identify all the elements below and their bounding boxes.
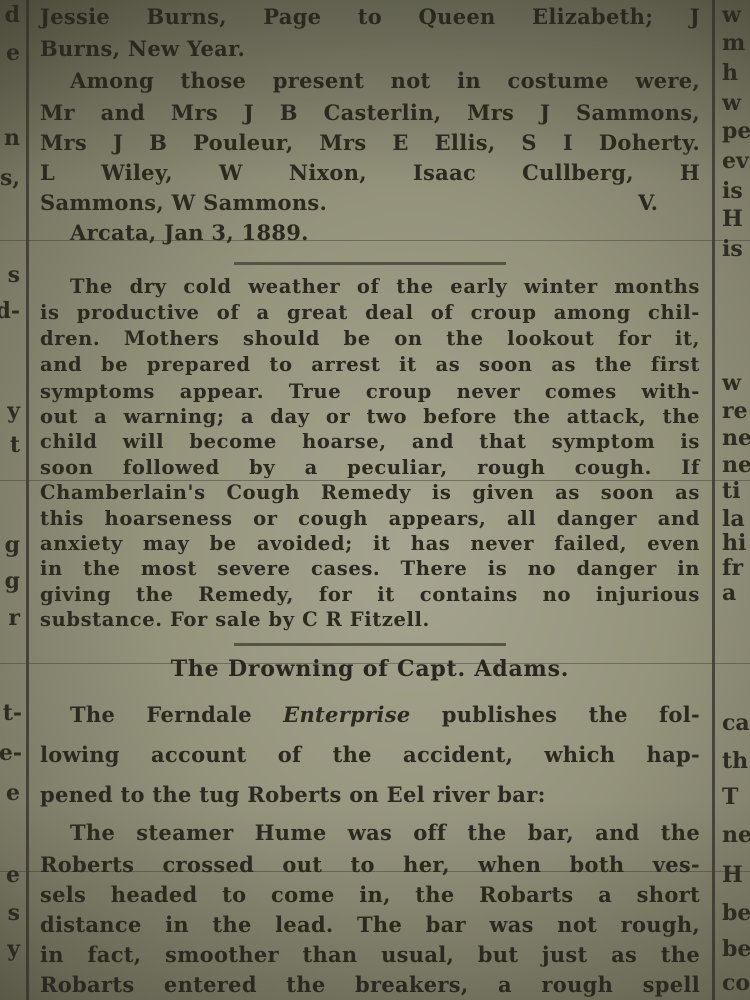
text-line: sels headed to come in, the Robarts a sh… bbox=[40, 882, 700, 908]
text-line: and be prepared to arrest it as soon as … bbox=[40, 352, 700, 378]
margin-fragment: t bbox=[10, 432, 20, 458]
right-column-fragments: w m h w pe ev is H is w re ne ne ti la h… bbox=[722, 0, 750, 1000]
intro-post: publishes the fol- bbox=[410, 702, 700, 727]
margin-fragment: h bbox=[722, 60, 738, 86]
headline: The Drowning of Capt. Adams. bbox=[40, 656, 700, 682]
text-line: is productive of a great deal of croup a… bbox=[40, 300, 700, 326]
margin-fragment: H bbox=[722, 862, 743, 888]
margin-fragment: y bbox=[7, 398, 20, 424]
text-line: Burns, New Year. bbox=[40, 36, 700, 62]
text-line: substance. For sale by C R Fitzell. bbox=[40, 607, 700, 633]
margin-fragment: ne bbox=[722, 425, 750, 451]
margin-fragment: H bbox=[722, 206, 743, 232]
newspaper-page: d e n s, s d- y t g g r t- e- e e s y w … bbox=[0, 0, 750, 1000]
margin-fragment: e bbox=[6, 780, 20, 806]
margin-fragment: is bbox=[722, 178, 743, 204]
margin-fragment: re bbox=[722, 398, 748, 424]
margin-fragment: s bbox=[8, 262, 20, 288]
margin-fragment: d bbox=[5, 2, 20, 28]
margin-fragment: ti bbox=[722, 478, 741, 504]
margin-fragment: s, bbox=[0, 165, 20, 191]
text-line: The steamer Hume was off the bar, and th… bbox=[70, 820, 700, 846]
text-line: Mrs J B Pouleur, Mrs E Ellis, S I Dohert… bbox=[40, 130, 700, 156]
text-line: Robarts entered the breakers, a rough sp… bbox=[40, 972, 700, 998]
text-line: Mr and Mrs J B Casterlin, Mrs J Sammons, bbox=[40, 100, 700, 126]
text-line: giving the Remedy, for it contains no in… bbox=[40, 582, 700, 608]
text-line: Chamberlain's Cough Remedy is given as s… bbox=[40, 480, 700, 506]
margin-fragment: e bbox=[6, 40, 20, 66]
text-line: pened to the tug Roberts on Eel river ba… bbox=[40, 782, 700, 808]
margin-fragment: T bbox=[722, 784, 738, 810]
text-line: in fact, smoother than usual, but just a… bbox=[40, 942, 700, 968]
column-rule-left bbox=[26, 0, 29, 1000]
margin-fragment: g bbox=[5, 532, 20, 558]
text-line: Sammons, W Sammons. bbox=[40, 190, 700, 216]
text-line: in the most severe cases. There is no da… bbox=[40, 556, 700, 582]
margin-fragment: w bbox=[722, 2, 741, 28]
margin-fragment: r bbox=[8, 605, 20, 631]
text-line: The Ferndale Enterprise publishes the fo… bbox=[70, 702, 700, 728]
text-line: Roberts crossed out to her, when both ve… bbox=[40, 852, 700, 878]
margin-fragment: d- bbox=[0, 298, 20, 324]
margin-fragment: t- bbox=[3, 700, 22, 726]
margin-fragment: w bbox=[722, 370, 741, 396]
section-divider bbox=[234, 262, 506, 265]
margin-fragment: n bbox=[4, 125, 20, 151]
text-line: Among those present not in costume were, bbox=[70, 68, 700, 94]
text-line: soon followed by a peculiar, rough cough… bbox=[40, 455, 700, 481]
text-line: Jessie Burns, Page to Queen Elizabeth; J bbox=[40, 4, 700, 30]
text-line: out a warning; a day or two before the a… bbox=[40, 404, 700, 430]
signature: V. bbox=[638, 190, 658, 215]
text-line: distance in the lead. The bar was not ro… bbox=[40, 912, 700, 938]
margin-fragment: be bbox=[722, 936, 750, 962]
margin-fragment: w bbox=[722, 90, 741, 116]
margin-fragment: g bbox=[5, 568, 20, 594]
text-line: anxiety may be avoided; it has never fai… bbox=[40, 531, 700, 557]
publication-name: Enterprise bbox=[283, 702, 410, 727]
margin-fragment: ev bbox=[722, 148, 749, 174]
margin-fragment: a bbox=[722, 580, 736, 606]
intro-pre: The Ferndale bbox=[70, 702, 283, 727]
margin-fragment: ca bbox=[722, 710, 750, 736]
column-rule-right bbox=[712, 0, 715, 1000]
margin-fragment: la bbox=[722, 506, 745, 532]
margin-fragment: fr bbox=[722, 555, 743, 581]
margin-fragment: s bbox=[8, 900, 20, 926]
dateline: Arcata, Jan 3, 1889. bbox=[70, 220, 700, 246]
text-line: The dry cold weather of the early winter… bbox=[70, 274, 700, 300]
text-line: symptoms appear. True croup never comes … bbox=[40, 379, 700, 405]
text-line: child will become hoarse, and that sympt… bbox=[40, 429, 700, 455]
section-divider bbox=[234, 643, 506, 646]
margin-fragment: e bbox=[6, 862, 20, 888]
margin-fragment: is bbox=[722, 236, 743, 262]
margin-fragment: th bbox=[722, 748, 748, 774]
margin-fragment: m bbox=[722, 30, 745, 56]
margin-fragment: ne bbox=[722, 822, 750, 848]
text-line: lowing account of the accident, which ha… bbox=[40, 742, 700, 768]
margin-fragment: ne bbox=[722, 452, 750, 478]
text-line: L Wiley, W Nixon, Isaac Cullberg, H bbox=[40, 160, 700, 186]
margin-fragment: co bbox=[722, 970, 750, 996]
margin-fragment: hi bbox=[722, 530, 746, 556]
margin-fragment: be bbox=[722, 900, 750, 926]
text-line: dren. Mothers should be on the lookout f… bbox=[40, 326, 700, 352]
text-line: this hoarseness or cough appears, all da… bbox=[40, 506, 700, 532]
margin-fragment: pe bbox=[722, 118, 750, 144]
margin-fragment: e- bbox=[0, 740, 22, 766]
left-column-fragments: d e n s, s d- y t g g r t- e- e e s y bbox=[0, 0, 24, 1000]
margin-fragment: y bbox=[7, 936, 20, 962]
